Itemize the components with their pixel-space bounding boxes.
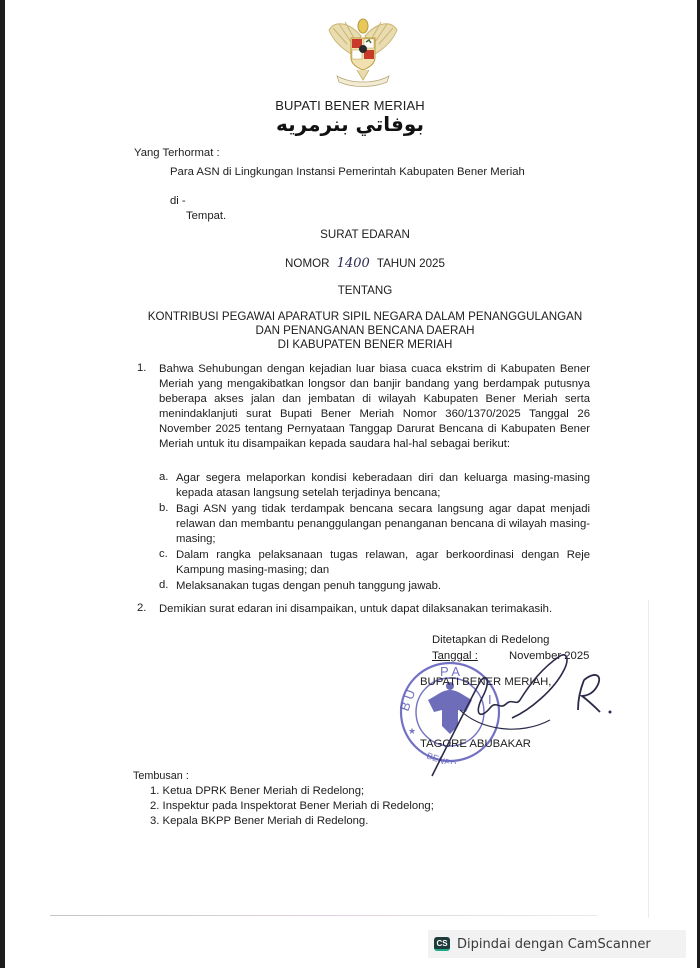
point-text: Demikian surat edaran ini disampaikan, u… bbox=[159, 602, 599, 617]
sub-point-text: Melaksanakan tugas dengan penuh tanggung… bbox=[176, 579, 590, 594]
letter-number: NOMOR 1400 TAHUN 2025 bbox=[130, 256, 600, 271]
camscanner-logo-icon: CS bbox=[434, 937, 450, 951]
tembusan-item: 1. Ketua DPRK Bener Meriah di Redelong; bbox=[150, 785, 364, 797]
sub-point-text: Agar segera melaporkan kondisi keberadaa… bbox=[176, 471, 590, 501]
sub-point-text: Bagi ASN yang tidak terdampak bencana se… bbox=[176, 502, 590, 547]
recipient: Para ASN di Lingkungan Instansi Pemerint… bbox=[170, 166, 525, 178]
sub-point-text: Dalam rangka pelaksanaan tugas relawan, … bbox=[176, 548, 590, 578]
sub-point-letter: c. bbox=[159, 548, 168, 560]
issuer-title: BUPATI BENER MERIAH bbox=[0, 98, 700, 113]
camscanner-watermark: CS Dipindai dengan CamScanner bbox=[428, 930, 686, 958]
sub-point-letter: a. bbox=[159, 471, 168, 483]
subject-line: KONTRIBUSI PEGAWAI APARATUR SIPIL NEGARA… bbox=[130, 310, 600, 324]
nomor-suffix: TAHUN 2025 bbox=[377, 257, 445, 270]
camscanner-text: Dipindai dengan CamScanner bbox=[457, 937, 651, 952]
salutation: Yang Terhormat : bbox=[134, 147, 220, 159]
subject-line: DAN PENANGANAN BENCANA DAERAH bbox=[130, 324, 600, 338]
nomor-prefix: NOMOR bbox=[285, 257, 329, 270]
letter-type: SURAT EDARAN bbox=[130, 228, 600, 241]
point-number: 2. bbox=[137, 602, 146, 614]
handwritten-signature-icon bbox=[420, 640, 620, 780]
garuda-emblem-icon bbox=[323, 14, 403, 90]
tembusan-item: 3. Kepala BKPP Bener Meriah di Redelong. bbox=[150, 815, 368, 827]
nomor-value: 1400 bbox=[333, 256, 374, 271]
tembusan-label: Tembusan : bbox=[133, 770, 189, 782]
sub-point-letter: b. bbox=[159, 502, 168, 514]
tembusan-item: 2. Inspektur pada Inspektorat Bener Meri… bbox=[150, 800, 434, 812]
tentang-label: TENTANG bbox=[130, 284, 600, 297]
sub-point-letter: d. bbox=[159, 579, 168, 591]
di-label: di - bbox=[170, 195, 186, 207]
point-number: 1. bbox=[137, 362, 146, 374]
paper-bottom-edge bbox=[50, 915, 598, 916]
place-label: Tempat. bbox=[186, 210, 226, 222]
subject-line: DI KABUPATEN BENER MERIAH bbox=[130, 338, 600, 352]
subject: KONTRIBUSI PEGAWAI APARATUR SIPIL NEGARA… bbox=[130, 310, 600, 352]
paper-right-edge bbox=[648, 600, 649, 918]
svg-text:B U: B U bbox=[398, 688, 418, 713]
issuer-title-jawi: بوفاتي بنرمريه bbox=[0, 112, 700, 136]
svg-text:★: ★ bbox=[408, 726, 416, 736]
point-text: Bahwa Sehubungan dengan kejadian luar bi… bbox=[159, 362, 590, 452]
